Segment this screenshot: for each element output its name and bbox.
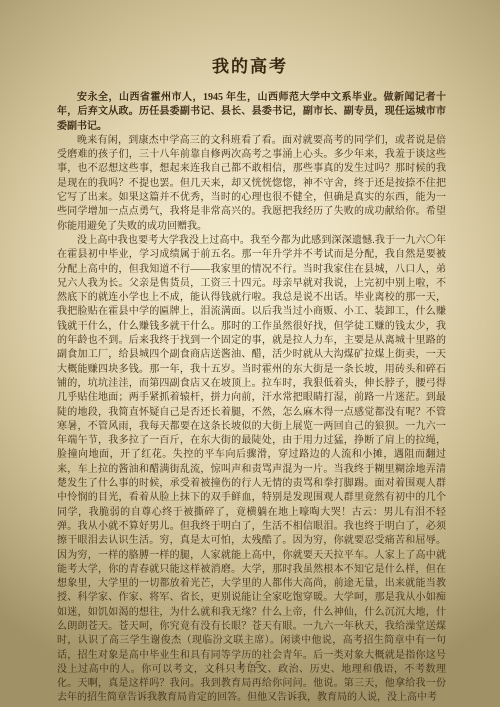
- document-body: 安永全，山西省霍州市人，1945 年生，山西师范大学中文系毕业。做新闻记者十年，…: [57, 91, 446, 706]
- page-number: 1 / 5: [0, 659, 500, 671]
- document-page: 我的高考 安永全，山西省霍州市人，1945 年生，山西师范大学中文系毕业。做新闻…: [0, 0, 500, 707]
- page-title: 我的高考: [0, 52, 500, 77]
- main-paragraph: 没上高中我也要考大学我没上过高中。我至今都为此感到深深遗憾.我于一九六〇年在霍县…: [57, 234, 446, 706]
- author-bio-paragraph: 安永全，山西省霍州市人，1945 年生，山西师范大学中文系毕业。做新闻记者十年，…: [57, 91, 446, 134]
- intro-paragraph: 晚来有闲，到康杰中学高三的文科班看了看。面对就要高考的同学们，或者说是倍受磨难的…: [57, 134, 446, 234]
